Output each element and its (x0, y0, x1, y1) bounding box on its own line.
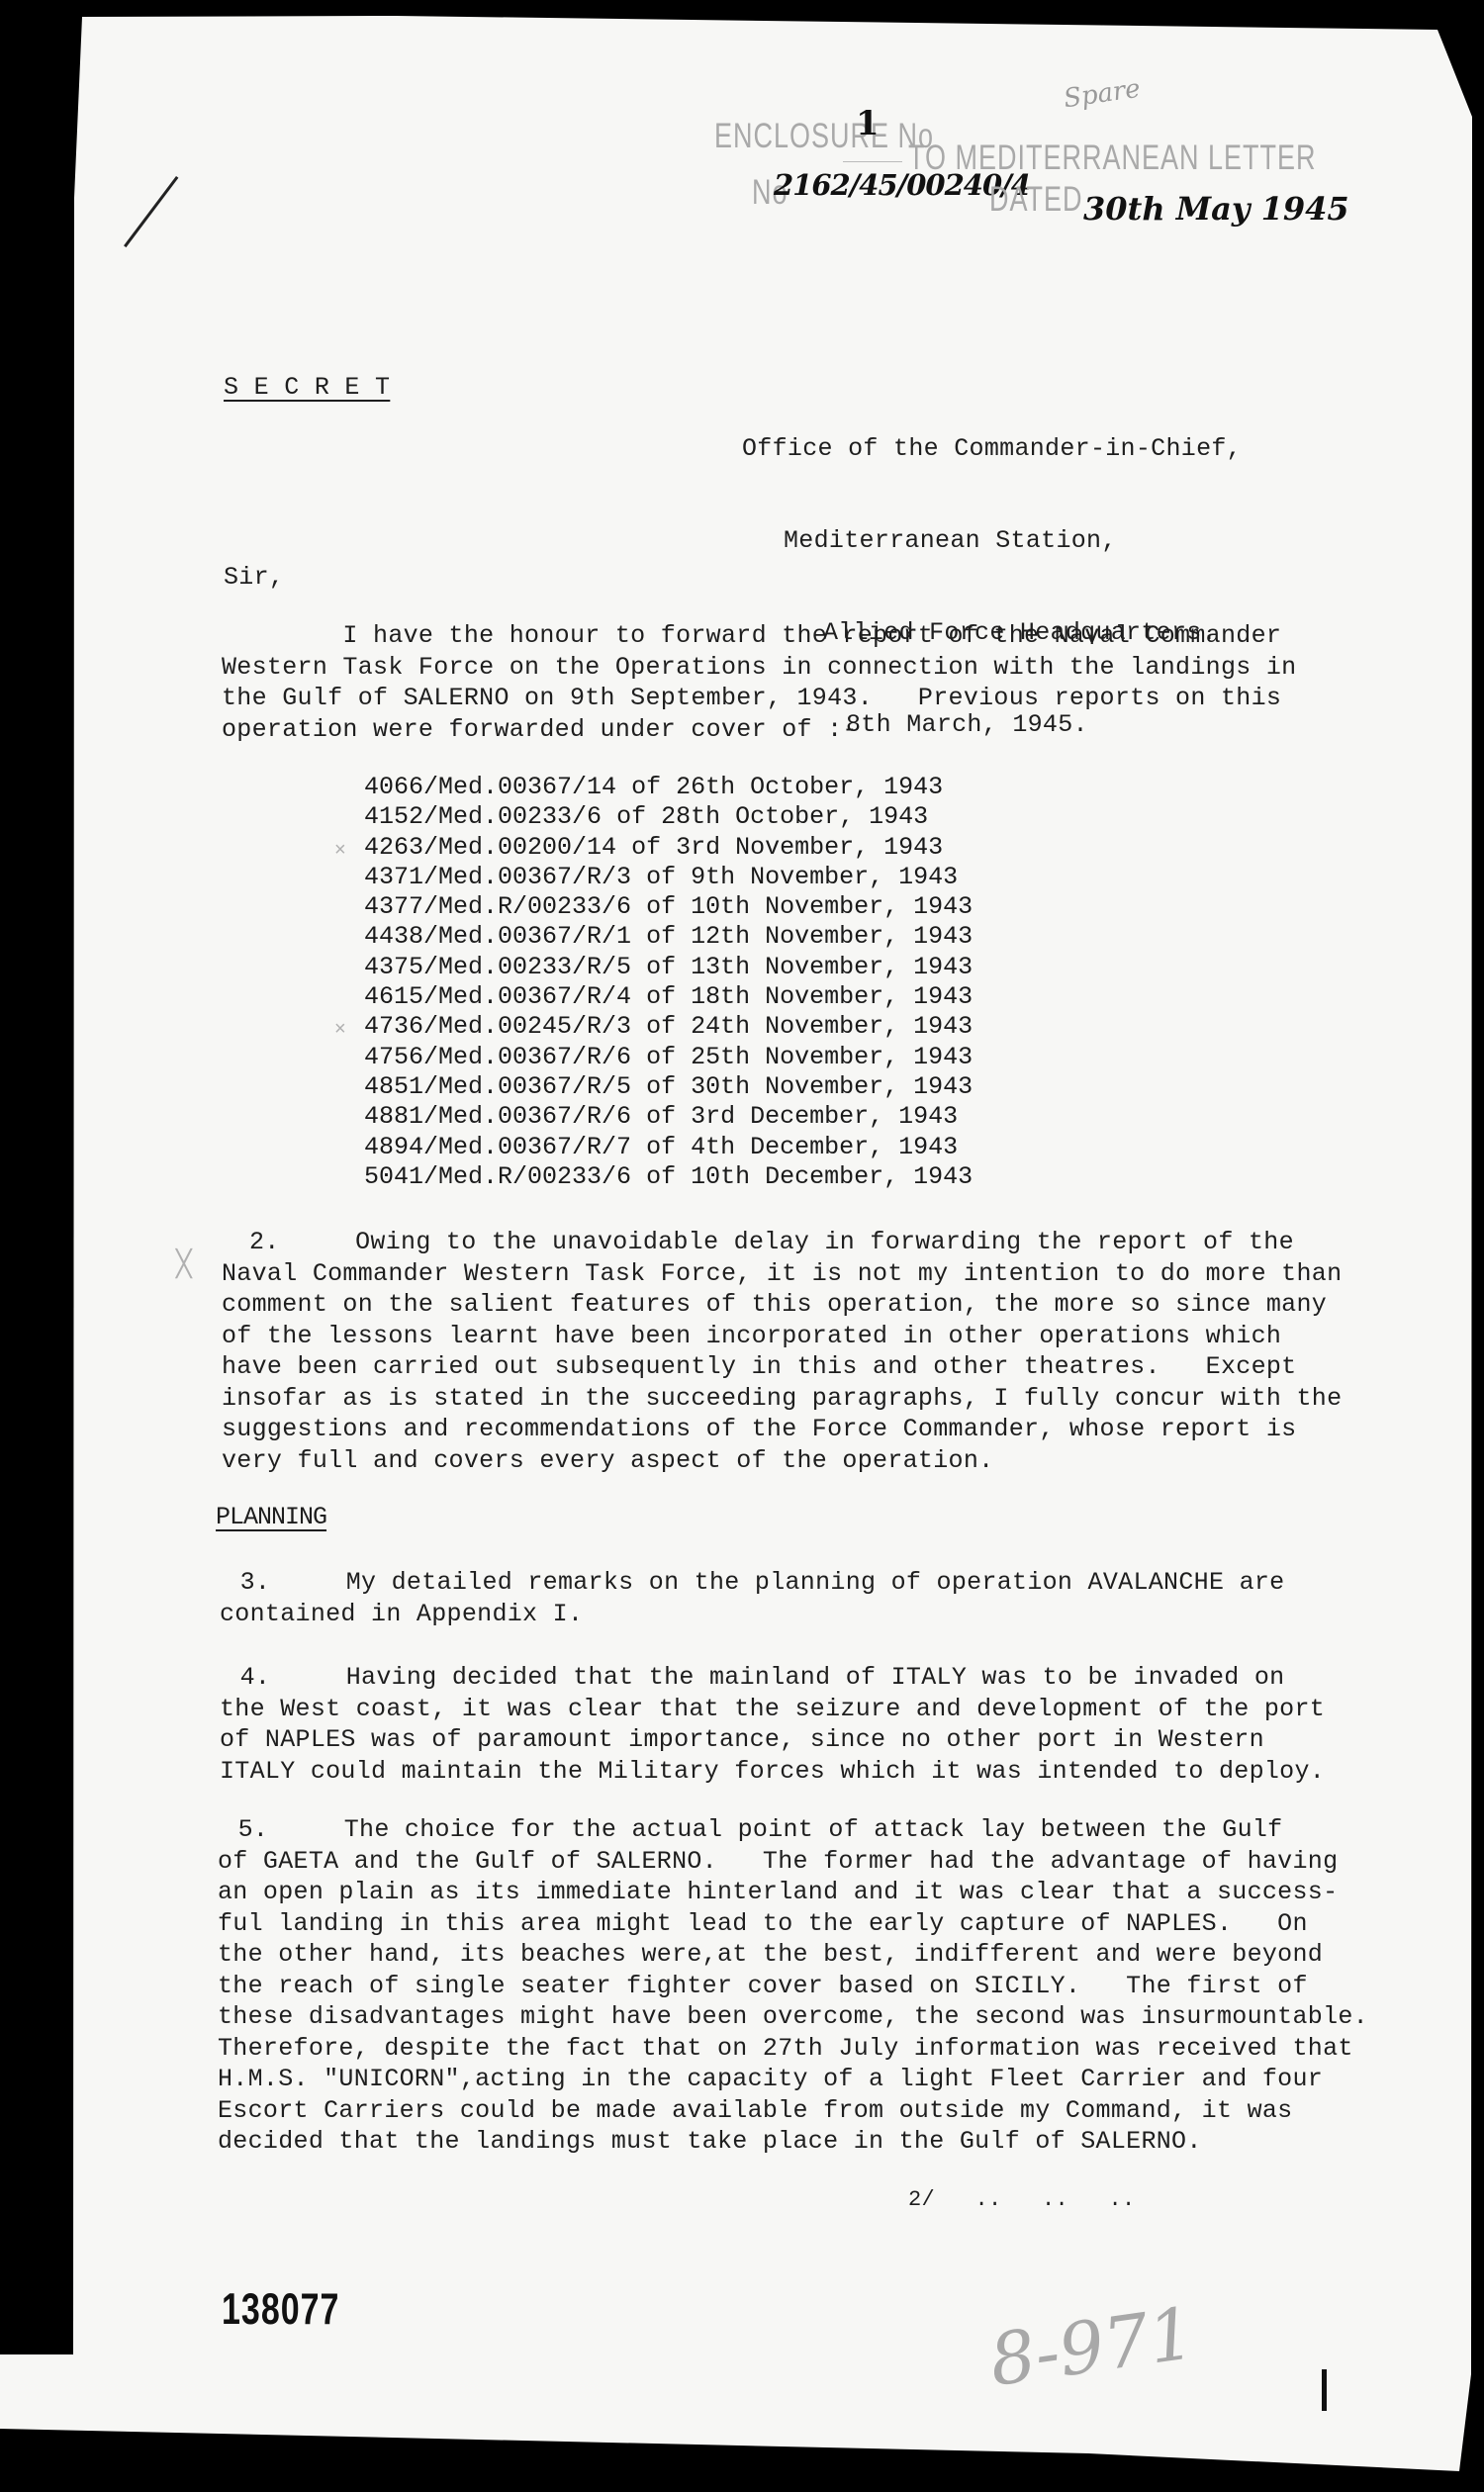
paragraph-line: contained in Appendix I. (210, 1599, 1328, 1630)
reference-date: of 24th November, 1943 (646, 1012, 973, 1041)
address-line: Mediterranean Station, (742, 525, 1242, 556)
continuation-marker: 2/ .. .. .. (908, 2184, 1136, 2215)
reference-row: 4756/Med.00367/R/6 of 25th November, 194… (364, 1043, 973, 1072)
paragraph-line: the other hand, its beaches were,at the … (208, 1939, 1326, 1971)
reference-number: 4371/Med.00367/R/3 (364, 863, 631, 891)
archive-number: 138077 (222, 2285, 339, 2336)
paragraph-line: ful landing in this area might lead to t… (208, 1908, 1326, 1940)
paragraph-line: Therefore, despite the fact that on 27th… (208, 2033, 1326, 2065)
margin-line-mark (1322, 2369, 1327, 2411)
paragraph-line: Naval Commander Western Task Force, it i… (222, 1258, 1340, 1290)
paragraph-line: insofar as is stated in the succeeding p… (222, 1383, 1340, 1415)
paragraph-2: 2. Owing to the unavoidable delay in for… (222, 1227, 1340, 1476)
reference-number: 4377/Med.R/00233/6 (364, 892, 631, 921)
reference-row: ×4736/Med.00245/R/3 of 24th November, 19… (364, 1012, 973, 1042)
paragraph-5: 5. The choice for the actual point of at… (208, 1814, 1326, 2158)
paragraph-3: 3. My detailed remarks on the planning o… (210, 1567, 1328, 1629)
paragraph-line: ITALY could maintain the Military forces… (210, 1756, 1328, 1788)
reference-row: 4438/Med.00367/R/1 of 12th November, 194… (364, 922, 973, 952)
reference-row: 4152/Med.00233/6 of 28th October, 1943 (364, 802, 973, 832)
enclosure-label: ENCLOSURE No (714, 117, 934, 155)
reference-row: 4615/Med.00367/R/4 of 18th November, 194… (364, 982, 973, 1012)
paragraph-4: 4. Having decided that the mainland of I… (210, 1662, 1328, 1787)
paragraph-line: very full and covers every aspect of the… (222, 1445, 1340, 1477)
reference-number: 4851/Med.00367/R/5 (364, 1072, 631, 1101)
paragraph-line: suggestions and recommendations of the F… (222, 1414, 1340, 1445)
paragraph-line: I have the honour to forward the report … (222, 620, 1340, 652)
reference-list: 4066/Med.00367/14 of 26th October, 19434… (364, 773, 973, 1192)
paragraph-line: H.M.S. "UNICORN",acting in the capacity … (208, 2064, 1326, 2095)
paragraph-line: the West coast, it was clear that the se… (210, 1694, 1328, 1725)
paragraph-line: Escort Carriers could be made available … (208, 2095, 1326, 2127)
reference-row: 4066/Med.00367/14 of 26th October, 1943 (364, 773, 973, 802)
paragraph-line: 2. Owing to the unavoidable delay in for… (222, 1227, 1340, 1258)
reference-date: of 10th December, 1943 (646, 1162, 973, 1191)
paragraph-line: 4. Having decided that the mainland of I… (210, 1662, 1328, 1694)
reference-number: 4756/Med.00367/R/6 (364, 1043, 631, 1071)
reference-row: 5041/Med.R/00233/6 of 10th December, 194… (364, 1162, 973, 1192)
reference-number: 4894/Med.00367/R/7 (364, 1133, 631, 1161)
address-line: Office of the Commander-in-Chief, (742, 433, 1242, 464)
reference-date: of 18th November, 1943 (646, 982, 973, 1011)
reference-number: 4438/Med.00367/R/1 (364, 922, 631, 951)
paragraph-line: the reach of single seater fighter cover… (208, 1971, 1326, 2002)
dated-label: DATED (989, 180, 1083, 220)
reference-number: 4615/Med.00367/R/4 (364, 982, 631, 1011)
paragraph-line: these disadvantages might have been over… (208, 2001, 1326, 2033)
paragraph-line: of the lessons learnt have been incorpor… (222, 1321, 1340, 1352)
classification-marking: S E C R E T (224, 372, 390, 403)
paragraph-line: Western Task Force on the Operations in … (222, 652, 1340, 684)
paragraph-line: 3. My detailed remarks on the planning o… (210, 1567, 1328, 1599)
reference-number: 4736/Med.00245/R/3 (364, 1012, 631, 1041)
reference-date: of 4th December, 1943 (646, 1133, 958, 1161)
reference-date: of 25th November, 1943 (646, 1043, 973, 1071)
margin-x-mark: ╳ (176, 1248, 192, 1279)
reference-row: 4371/Med.00367/R/3 of 9th November, 1943 (364, 863, 973, 892)
reference-number: 4066/Med.00367/14 (364, 773, 616, 801)
paragraph-line: 5. The choice for the actual point of at… (208, 1814, 1326, 1846)
reference-row: ×4263/Med.00200/14 of 3rd November, 1943 (364, 833, 973, 863)
reference-number: 4881/Med.00367/R/6 (364, 1102, 631, 1131)
paragraph-line: operation were forwarded under cover of … (222, 714, 1340, 746)
paragraph-line: of GAETA and the Gulf of SALERNO. The fo… (208, 1846, 1326, 1878)
reference-date: of 13th November, 1943 (646, 953, 973, 981)
paragraph-line: comment on the salient features of this … (222, 1289, 1340, 1321)
reference-date: of 3rd November, 1943 (631, 833, 943, 862)
reference-row: 4894/Med.00367/R/7 of 4th December, 1943 (364, 1133, 973, 1162)
margin-x-mark: × (334, 835, 346, 865)
paragraph-line: have been carried out subsequently in th… (222, 1351, 1340, 1383)
section-heading-planning: PLANNING (216, 1502, 326, 1532)
reference-date: of 9th November, 1943 (646, 863, 958, 891)
reference-date: of 26th October, 1943 (631, 773, 943, 801)
paragraph-line: the Gulf of SALERNO on 9th September, 19… (222, 683, 1340, 714)
paragraph-line: an open plain as its immediate hinterlan… (208, 1877, 1326, 1908)
reference-date: of 3rd December, 1943 (646, 1102, 958, 1131)
reference-row: 4851/Med.00367/R/5 of 30th November, 194… (364, 1072, 973, 1102)
enclosure-number: 1 (856, 104, 880, 143)
reference-number: 4152/Med.00233/6 (364, 802, 602, 831)
paragraph-1: I have the honour to forward the report … (222, 620, 1340, 745)
reference-row: 4375/Med.00233/R/5 of 13th November, 194… (364, 953, 973, 982)
reference-date: of 30th November, 1943 (646, 1072, 973, 1101)
paragraph-line: of NAPLES was of paramount importance, s… (210, 1724, 1328, 1756)
enclosure-number-line (843, 161, 902, 162)
salutation: Sir, (224, 562, 284, 593)
reference-date: of 12th November, 1943 (646, 922, 973, 951)
paragraph-line: decided that the landings must take plac… (208, 2126, 1326, 2158)
reference-row: 4881/Med.00367/R/6 of 3rd December, 1943 (364, 1102, 973, 1132)
reference-date: of 10th November, 1943 (646, 892, 973, 921)
reference-number: 4375/Med.00233/R/5 (364, 953, 631, 981)
reference-row: 4377/Med.R/00233/6 of 10th November, 194… (364, 892, 973, 922)
enclosure-stamp-label: ENCLOSURE No (714, 117, 934, 156)
reference-number: 5041/Med.R/00233/6 (364, 1162, 631, 1191)
reference-date: of 28th October, 1943 (616, 802, 928, 831)
dated-value: 30th May 1945 (1083, 190, 1349, 228)
reference-number: 4263/Med.00200/14 (364, 833, 616, 862)
margin-x-mark: × (334, 1014, 346, 1044)
